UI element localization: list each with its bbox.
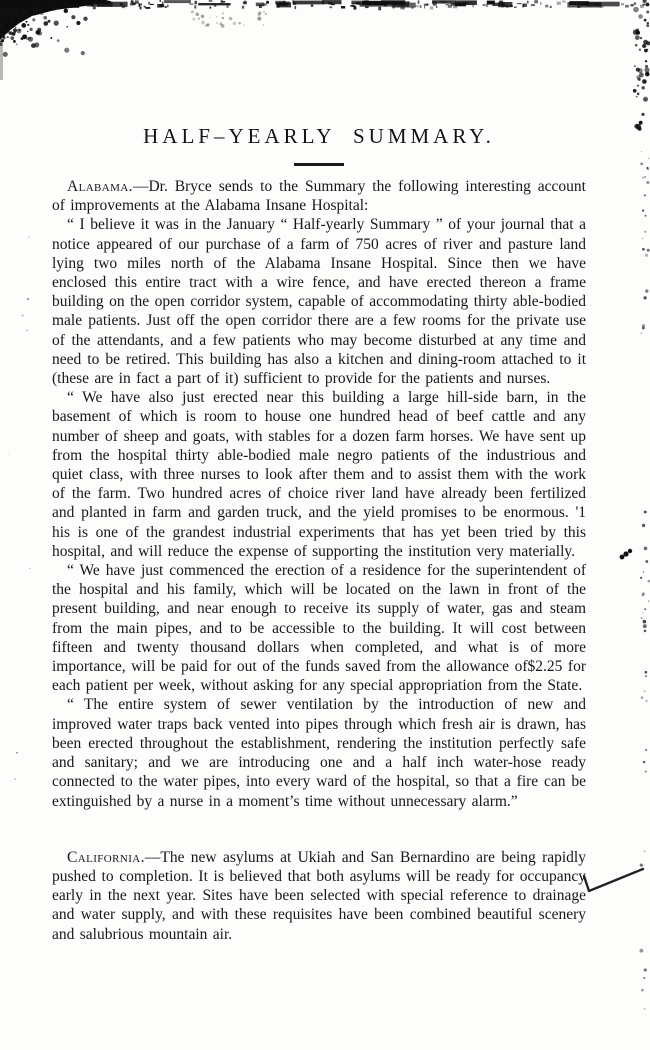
paragraph: “ We have also just erected near this bu… [52, 388, 586, 561]
ink-blob [620, 549, 633, 560]
paragraph: California.—The new asylums at Ukiah and… [52, 848, 586, 944]
scanned-page: HALF–YEARLY SUMMARY. Alabama.—Dr. Bryce … [0, 0, 650, 1050]
scan-edge-blob [0, 0, 110, 40]
paragraph: “ The entire system of sewer ventilation… [52, 695, 586, 810]
section-heading-smallcaps: California. [67, 849, 145, 866]
handwritten-check-mark [584, 869, 643, 891]
page-title: HALF–YEARLY SUMMARY. [52, 124, 586, 149]
article-body: Alabama.—Dr. Bryce sends to the Summary … [52, 177, 586, 944]
paragraph: Alabama.—Dr. Bryce sends to the Summary … [52, 177, 586, 215]
masthead: HALF–YEARLY SUMMARY. [52, 124, 586, 166]
paragraph: “ We have just commenced the erection of… [52, 561, 586, 695]
paragraph: “ I believe it was in the January “ Half… [52, 215, 586, 388]
title-divider-rule [294, 163, 344, 166]
section-heading-smallcaps: Alabama. [67, 178, 133, 195]
scan-edge-strip [0, 42, 3, 80]
